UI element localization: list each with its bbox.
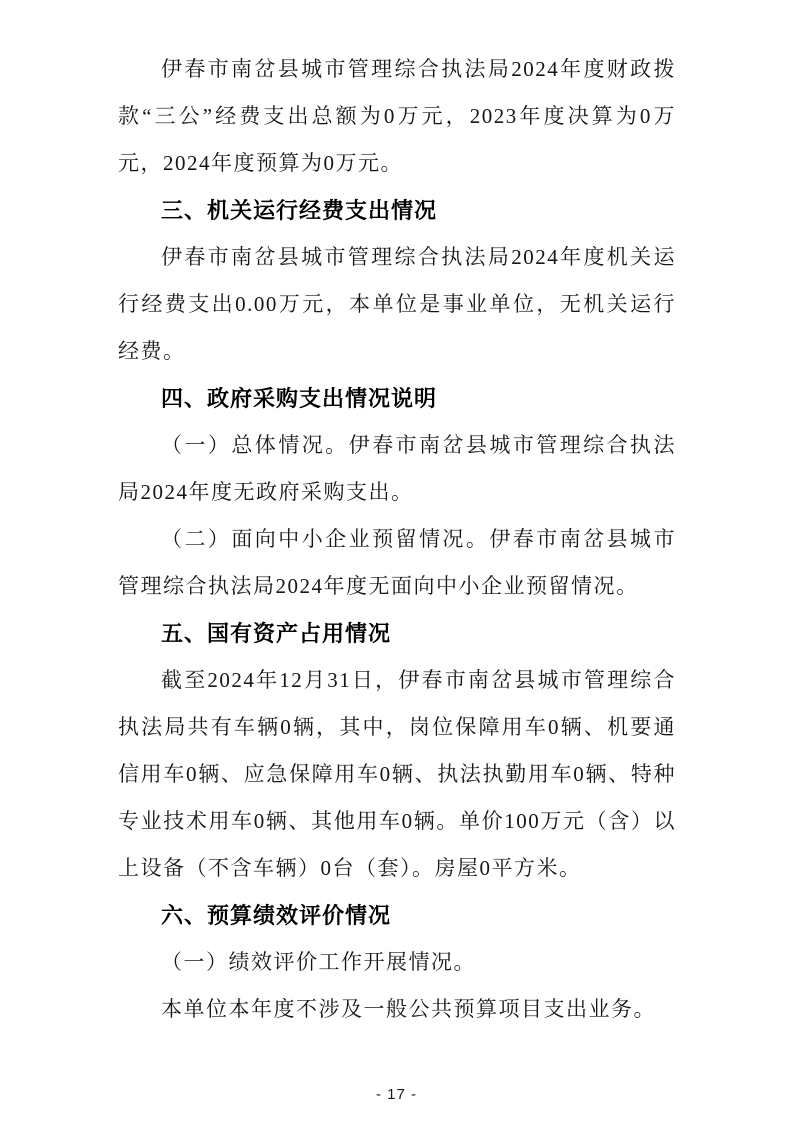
paragraph-procurement-overall: （一）总体情况。伊春市南岔县城市管理综合执法局2024年度无政府采购支出。 [118,422,676,516]
document-content: 伊春市南岔县城市管理综合执法局2024年度财政拨款“三公”经费支出总额为0万元，… [118,46,676,1033]
section-heading-budget-performance: 六、预算绩效评价情况 [118,892,676,939]
page-number: - 17 - [0,1086,793,1103]
paragraph-performance-evaluation: （一）绩效评价工作开展情况。 [118,939,676,986]
paragraph-operating-expenses: 伊春市南岔县城市管理综合执法局2024年度机关运行经费支出0.00万元，本单位是… [118,234,676,375]
section-heading-operating-expenses: 三、机关运行经费支出情况 [118,187,676,234]
section-heading-state-assets: 五、国有资产占用情况 [118,610,676,657]
paragraph-state-assets: 截至2024年12月31日，伊春市南岔县城市管理综合执法局共有车辆0辆，其中，岗… [118,657,676,892]
section-heading-government-procurement: 四、政府采购支出情况说明 [118,375,676,422]
paragraph-procurement-sme-reserve: （二）面向中小企业预留情况。伊春市南岔县城市管理综合执法局2024年度无面向中小… [118,516,676,610]
paragraph-no-general-budget-projects: 本单位本年度不涉及一般公共预算项目支出业务。 [118,986,676,1033]
paragraph-three-public-funds: 伊春市南岔县城市管理综合执法局2024年度财政拨款“三公”经费支出总额为0万元，… [118,46,676,187]
document-page: 伊春市南岔县城市管理综合执法局2024年度财政拨款“三公”经费支出总额为0万元，… [0,0,793,1122]
